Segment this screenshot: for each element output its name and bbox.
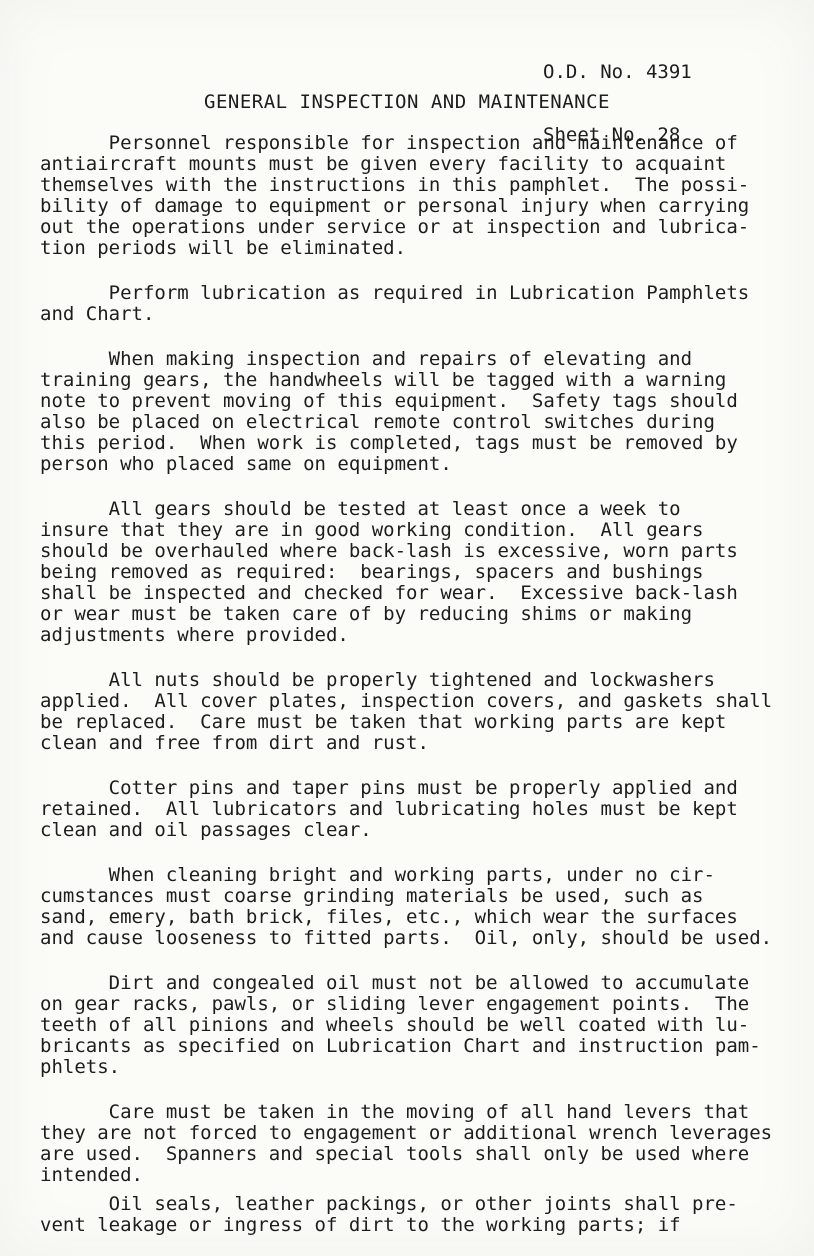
paragraph-inspection-repairs-tagging: When making inspection and repairs of el…: [40, 349, 795, 475]
paragraph-perform-lubrication: Perform lubrication as required in Lubri…: [40, 283, 795, 325]
paragraph-cotter-taper-pins: Cotter pins and taper pins must be prope…: [40, 778, 795, 841]
page-title: GENERAL INSPECTION AND MAINTENANCE: [0, 92, 814, 113]
paragraph-oil-seals: Oil seals, leather packings, or other jo…: [40, 1194, 795, 1236]
paragraph-gear-testing: All gears should be tested at least once…: [40, 499, 795, 646]
paragraph-nuts-lockwashers: All nuts should be properly tightened an…: [40, 670, 795, 754]
document-page: O.D. No. 4391 Sheet No. 28 GENERAL INSPE…: [0, 0, 814, 1256]
od-number: O.D. No. 4391: [543, 62, 692, 83]
paragraph-dirt-congealed-oil: Dirt and congealed oil must not be allow…: [40, 973, 795, 1078]
paragraph-hand-levers: Care must be taken in the moving of all …: [40, 1102, 795, 1186]
paragraph-personnel-responsibility: Personnel responsible for inspection and…: [40, 133, 795, 259]
paragraph-cleaning-bright-parts: When cleaning bright and working parts, …: [40, 865, 795, 949]
document-body: Personnel responsible for inspection and…: [40, 133, 795, 1236]
